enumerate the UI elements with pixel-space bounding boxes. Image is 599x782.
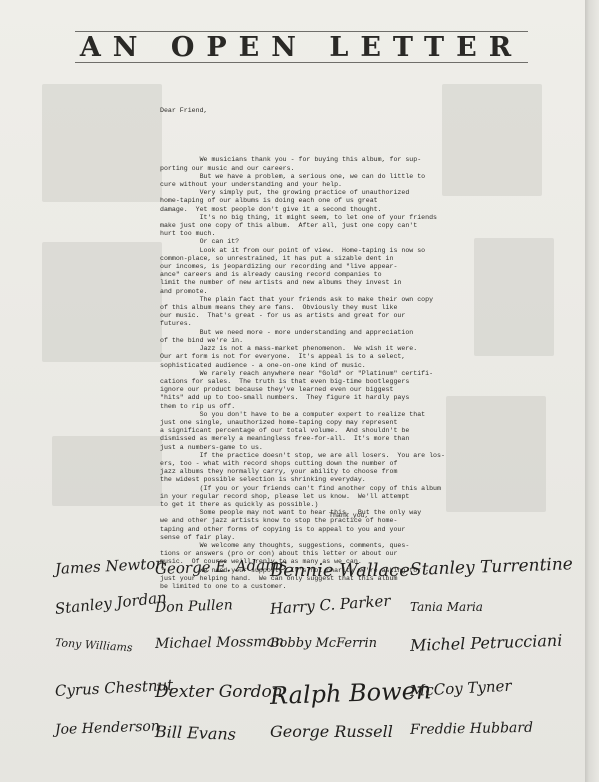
letter-line: be limited to one to a customer.: [160, 583, 442, 591]
signature: George Russell: [270, 722, 393, 741]
signature: Bennie Wallace: [270, 560, 410, 581]
signature: James Newton: [55, 554, 166, 578]
letter-line: ance" careers and is already causing rec…: [160, 271, 442, 279]
letter-line: If the practice doesn't stop, we are all…: [160, 452, 442, 460]
letter-line: common-place, so unrestrained, it has pu…: [160, 255, 442, 263]
paper-edge: [585, 0, 599, 782]
letter-line: just one single, unauthorized home-tapin…: [160, 419, 442, 427]
letter-line: But we need more - more understanding an…: [160, 329, 442, 337]
closing: Thank you,: [329, 512, 369, 519]
signature: Dexter Gordon: [155, 682, 283, 702]
ghost-album-cover: [52, 436, 162, 506]
letter-line: ignore our product because they've learn…: [160, 386, 442, 394]
letter-body: Dear Friend, We musicians thank you - fo…: [160, 91, 442, 608]
letter-line: Some people may not want to hear this. B…: [160, 509, 442, 517]
letter-line: Our art form is not for everyone. It's a…: [160, 353, 442, 361]
letter-line: limit the number of new artists and new …: [160, 279, 442, 287]
ghost-album-cover: [446, 396, 546, 512]
letter-line: the widest possible selection is shrinki…: [160, 476, 442, 484]
letter-line: sophisticated audience - a one-on-one ki…: [160, 362, 442, 370]
signature: Michael Mossman: [155, 634, 284, 652]
letter-line: make just one copy of this album. After …: [160, 222, 442, 230]
letter-line: our incomes, is jeopardizing our recordi…: [160, 263, 442, 271]
letter-line: ers, too - what with record shops cuttin…: [160, 460, 442, 468]
signature: McCoy Tyner: [410, 677, 513, 700]
salutation: Dear Friend,: [160, 107, 442, 115]
signature: Tania Maria: [410, 600, 483, 614]
letter-line: cure without your understanding and your…: [160, 181, 442, 189]
letter-line: Look at it from our point of view. Home-…: [160, 247, 442, 255]
signature: Don Pullen: [155, 597, 233, 616]
ghost-album-cover: [42, 84, 162, 202]
letter-line: jazz albums they normally carry, your ab…: [160, 468, 442, 476]
signature: Bobby McFerrin: [270, 636, 377, 651]
letter-line: we and other jazz artists know to stop t…: [160, 517, 442, 525]
letter-line: tions or answers (pro or con) about this…: [160, 550, 442, 558]
title-rule-bottom: [75, 62, 528, 63]
letter-line: We welcome any thoughts, suggestions, co…: [160, 542, 442, 550]
page-title: AN OPEN LETTER: [75, 32, 528, 63]
signature: Stanley Turrentine: [410, 554, 574, 580]
letter-line: of this album means they are fans. Obvio…: [160, 304, 442, 312]
letter-line: We musicians thank you - for buying this…: [160, 156, 442, 164]
signature: Joe Henderson: [55, 718, 160, 738]
letter-line: and promote.: [160, 288, 442, 296]
letter-line: futures.: [160, 320, 442, 328]
letter-line: We rarely reach anywhere near "Gold" or …: [160, 370, 442, 378]
letter-line: So you don't have to be a computer exper…: [160, 411, 442, 419]
letter-line: cations for sales. The truth is that eve…: [160, 378, 442, 386]
letter-line: (If you or your friends can't find anoth…: [160, 485, 442, 493]
letter-line: a significant percentage of our total vo…: [160, 427, 442, 435]
letter-line: But we have a problem, a serious one, we…: [160, 173, 442, 181]
letter-line: sense of fair play.: [160, 534, 442, 542]
letter-line: Or can it?: [160, 238, 442, 246]
signature: Freddie Hubbard: [410, 720, 533, 738]
signature: Bill Evans: [155, 722, 237, 744]
letter-line: Jazz is not a mass-market phenomenon. We…: [160, 345, 442, 353]
letter-line: Very simply put, the growing practice of…: [160, 189, 442, 197]
signature: Michel Petrucciani: [410, 631, 563, 655]
letter-line: them to rip us off.: [160, 403, 442, 411]
ghost-album-cover: [474, 238, 554, 356]
signature: Stanley Jordan: [54, 588, 168, 618]
letter-line: in your regular record shop, please let …: [160, 493, 442, 501]
letter-line: of the bind we're in.: [160, 337, 442, 345]
letter-line: dismissed as merely a meaningless free-f…: [160, 435, 442, 443]
letter-line: taping and other forms of copying is to …: [160, 526, 442, 534]
ghost-caption: [55, 338, 155, 348]
letter-line: just a numbers-game to us.: [160, 444, 442, 452]
ghost-album-cover: [442, 84, 542, 196]
letter-line: home-taping of our albums is doing each …: [160, 197, 442, 205]
letter-line: to get it there as quickly as possible.): [160, 501, 442, 509]
letter-line: hurt too much.: [160, 230, 442, 238]
signature: Tony Williams: [55, 636, 133, 654]
letter-line: our music. That's great - for us as arti…: [160, 312, 442, 320]
letter-line: porting our music and our careers.: [160, 165, 442, 173]
letter-line: damage. Yet most people don't give it a …: [160, 206, 442, 214]
letter-sheet: AN OPEN LETTER Dear Friend, We musicians…: [0, 0, 585, 782]
letter-line: It's no big thing, it might seem, to let…: [160, 214, 442, 222]
letter-line: "hits" add up to too-small numbers. They…: [160, 394, 442, 402]
signature: Ralph Bowen: [270, 676, 432, 710]
letter-line: The plain fact that your friends ask to …: [160, 296, 442, 304]
letter-paragraphs: We musicians thank you - for buying this…: [160, 156, 442, 591]
